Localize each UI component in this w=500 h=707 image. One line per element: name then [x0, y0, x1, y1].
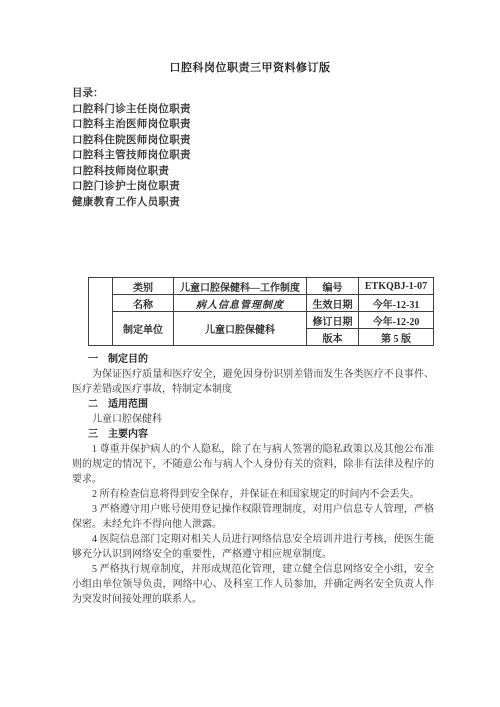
toc-item: 口腔科技师岗位职责	[72, 164, 500, 180]
table-cell-name-label: 名称	[113, 295, 174, 312]
section-heading-purpose: 一 制定目的	[72, 352, 434, 367]
document-title: 口腔科岗位职责三甲资料修订版	[0, 60, 500, 76]
info-table-row: 类别 儿童口腔保健科—工作制度 编号 ETKQBJ-1-07	[89, 278, 434, 295]
table-cell-unit-label: 制定单位	[113, 312, 174, 346]
info-table-row: 制定单位 儿童口腔保健科 修订日期 今年-12-20	[89, 312, 434, 329]
toc-label: 目录：	[72, 86, 500, 102]
table-cell-version-label: 版本	[307, 329, 359, 346]
paragraph: 为保证医疗质量和医疗安全，避免因身份识别差错而发生各类医疗不良事件、医疗差错或医…	[72, 367, 434, 397]
table-cell-margin	[89, 278, 113, 346]
table-cell-name-value: 病人信息管理制度	[174, 295, 307, 312]
table-cell-number-value: ETKQBJ-1-07	[359, 278, 434, 295]
table-cell-effective-date-label: 生效日期	[307, 295, 359, 312]
toc-item: 口腔科住院医师岗位职责	[72, 133, 500, 149]
table-cell-category-value: 儿童口腔保健科—工作制度	[174, 278, 307, 295]
document-page: 口腔科岗位职责三甲资料修订版 目录： 口腔科门诊主任岗位职责 口腔科主治医师岗位…	[0, 0, 500, 707]
document-body: 一 制定目的 为保证医疗质量和医疗安全，避免因身份识别差错而发生各类医疗不良事件…	[72, 352, 434, 607]
paragraph-item-1: 1 尊重并保护病人的个人隐私，除了在与病人签署的隐私政策以及其他公布准则的规定的…	[72, 442, 434, 487]
document-info-table: 类别 儿童口腔保健科—工作制度 编号 ETKQBJ-1-07 名称 病人信息管理…	[88, 277, 434, 346]
table-cell-revision-date-label: 修订日期	[307, 312, 359, 329]
table-cell-category-label: 类别	[113, 278, 174, 295]
table-cell-effective-date-value: 今年-12-31	[359, 295, 434, 312]
toc-item: 口腔门诊护士岗位职责	[72, 179, 500, 195]
toc-item: 口腔科主管技师岗位职责	[72, 148, 500, 164]
table-of-contents: 目录： 口腔科门诊主任岗位职责 口腔科主治医师岗位职责 口腔科住院医师岗位职责 …	[72, 86, 500, 210]
section-heading-content: 三 主要内容	[72, 427, 434, 442]
table-cell-unit-value: 儿童口腔保健科	[174, 312, 307, 346]
table-cell-number-label: 编号	[307, 278, 359, 295]
info-table-row: 名称 病人信息管理制度 生效日期 今年-12-31	[89, 295, 434, 312]
paragraph: 儿童口腔保健科	[72, 412, 434, 427]
toc-item: 口腔科门诊主任岗位职责	[72, 102, 500, 118]
table-cell-revision-date-value: 今年-12-20	[359, 312, 434, 329]
paragraph-item-2: 2 所有检查信息将得到安全保存，并保证在和国家规定的时间内不会丢失。	[72, 487, 434, 502]
toc-item: 口腔科主治医师岗位职责	[72, 117, 500, 133]
paragraph-item-3: 3 严格遵守用户账号使用登记操作权限管理制度，对用户信息专人管理，严格保密。未经…	[72, 502, 434, 532]
section-heading-scope: 二 适用范围	[72, 397, 434, 412]
paragraph-item-5: 5 严格执行规章制度，并形成规范化管理，建立健全信息网络安全小组，安全小组由单位…	[72, 562, 434, 607]
paragraph-item-4: 4 医院信息部门定期对相关人员进行网络信息安全培训并进行考核，使医生能够充分认识…	[72, 532, 434, 562]
table-cell-version-value: 第 5 版	[359, 329, 434, 346]
toc-item: 健康教育工作人员职责	[72, 195, 500, 211]
